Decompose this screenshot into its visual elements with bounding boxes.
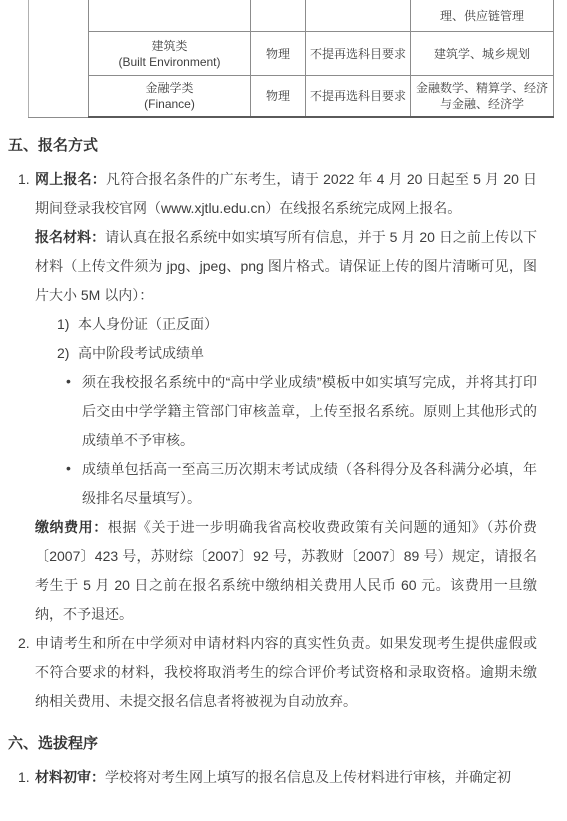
paragraph-online-registration: 1. 网上报名：凡符合报名条件的广东考生，请于 2022 年 4 月 20 日起…: [0, 165, 567, 223]
majors-cell: 建筑学、城乡规划: [411, 32, 554, 76]
paragraph-application-materials: 报名材料：请认真在报名系统中如实填写所有信息，并于 5 月 20 日之前上传以下…: [0, 223, 567, 310]
subject-cell: 物理: [251, 76, 306, 118]
bullet-item-transcript-template: • 须在我校报名系统中的“高中学业成绩”模板中如实填写完成，并将其打印后交由中学…: [0, 368, 567, 455]
section-title: 报名方式: [38, 136, 98, 156]
paragraph-text: 凡符合报名条件的广东考生，请于 2022 年 4 月 20 日起至 5 月 20…: [35, 171, 537, 216]
program-cell: 建筑类 (Built Environment): [89, 32, 251, 76]
sublist-text: 本人身份证（正反面）: [78, 316, 218, 332]
requirement-cell: [306, 0, 411, 32]
item-number: 1.: [18, 165, 30, 194]
requirement-cell: 不提再选科目要求: [306, 32, 411, 76]
document-page: 理、供应链管理 建筑类 (Built Environment) 物理 不提再选科…: [0, 0, 567, 821]
program-name-zh: 金融学类: [93, 80, 246, 96]
program-name-en: (Built Environment): [93, 54, 246, 70]
table-row-finance: 金融学类 (Finance) 物理 不提再选科目要求 金融数学、精算学、经济与金…: [29, 76, 554, 118]
sublist-number: 2): [57, 339, 69, 368]
majors-cell: 理、供应链管理: [411, 0, 554, 32]
bullet-item-transcript-scope: • 成绩单包括高一至高三历次期末考试成绩（各科得分及各科满分必填，年级排名尽量填…: [0, 455, 567, 513]
bullet-icon: •: [66, 367, 71, 396]
paragraph-label: 材料初审：: [35, 769, 105, 785]
table-row-partial: 理、供应链管理: [29, 0, 554, 32]
paragraph-label: 缴纳费用：: [35, 519, 108, 535]
requirement-cell: 不提再选科目要求: [306, 76, 411, 118]
subject-cell: 物理: [251, 32, 306, 76]
document-body: 五、 报名方式 1. 网上报名：凡符合报名条件的广东考生，请于 2022 年 4…: [0, 136, 567, 792]
paragraph-text: 根据《关于进一步明确我省高校收费政策有关问题的通知》（苏价费〔2007〕423 …: [35, 519, 537, 622]
program-cell: [89, 0, 251, 32]
sublist-number: 1): [57, 310, 69, 339]
program-name-zh: 建筑类: [93, 38, 246, 54]
bullet-text: 须在我校报名系统中的“高中学业成绩”模板中如实填写完成，并将其打印后交由中学学籍…: [82, 374, 537, 448]
item-number: 1.: [18, 763, 30, 792]
item-number: 2.: [18, 629, 30, 658]
programs-table: 理、供应链管理 建筑类 (Built Environment) 物理 不提再选科…: [28, 0, 554, 118]
paragraph-label: 网上报名：: [35, 171, 106, 187]
paragraph-fee-payment: 缴纳费用：根据《关于进一步明确我省高校收费政策有关问题的通知》（苏价费〔2007…: [0, 513, 567, 629]
category-cell: [29, 0, 89, 117]
subject-cell: [251, 0, 306, 32]
paragraph-text: 学校将对考生网上填写的报名信息及上传材料进行审核，并确定初: [105, 769, 511, 785]
paragraph-label: 报名材料：: [35, 229, 105, 245]
paragraph-text: 请认真在报名系统中如实填写所有信息，并于 5 月 20 日之前上传以下材料（上传…: [35, 229, 537, 303]
sublist-text: 高中阶段考试成绩单: [78, 345, 204, 361]
section-5-heading: 五、 报名方式: [0, 136, 567, 156]
paragraph-authenticity: 2. 申请考生和所在中学须对申请材料内容的真实性负责。如果发现考生提供虚假或不符…: [0, 629, 567, 716]
table-row-built-environment: 建筑类 (Built Environment) 物理 不提再选科目要求 建筑学、…: [29, 32, 554, 76]
majors-cell: 金融数学、精算学、经济与金融、经济学: [411, 76, 554, 118]
section-title: 选拔程序: [38, 734, 98, 754]
paragraph-material-review: 1. 材料初审：学校将对考生网上填写的报名信息及上传材料进行审核，并确定初: [0, 763, 567, 792]
section-number: 六、: [8, 734, 38, 754]
section-number: 五、: [8, 136, 38, 156]
bullet-text: 成绩单包括高一至高三历次期末考试成绩（各科得分及各科满分必填，年级排名尽量填写）…: [82, 461, 537, 506]
program-name-en: (Finance): [93, 96, 246, 112]
sublist-item-id-card: 1) 本人身份证（正反面）: [0, 310, 567, 339]
section-6-heading: 六、 选拔程序: [0, 734, 567, 754]
sublist-item-transcript: 2) 高中阶段考试成绩单: [0, 339, 567, 368]
program-cell: 金融学类 (Finance): [89, 76, 251, 118]
bullet-icon: •: [66, 454, 71, 483]
paragraph-text: 申请考生和所在中学须对申请材料内容的真实性负责。如果发现考生提供虚假或不符合要求…: [35, 635, 537, 709]
